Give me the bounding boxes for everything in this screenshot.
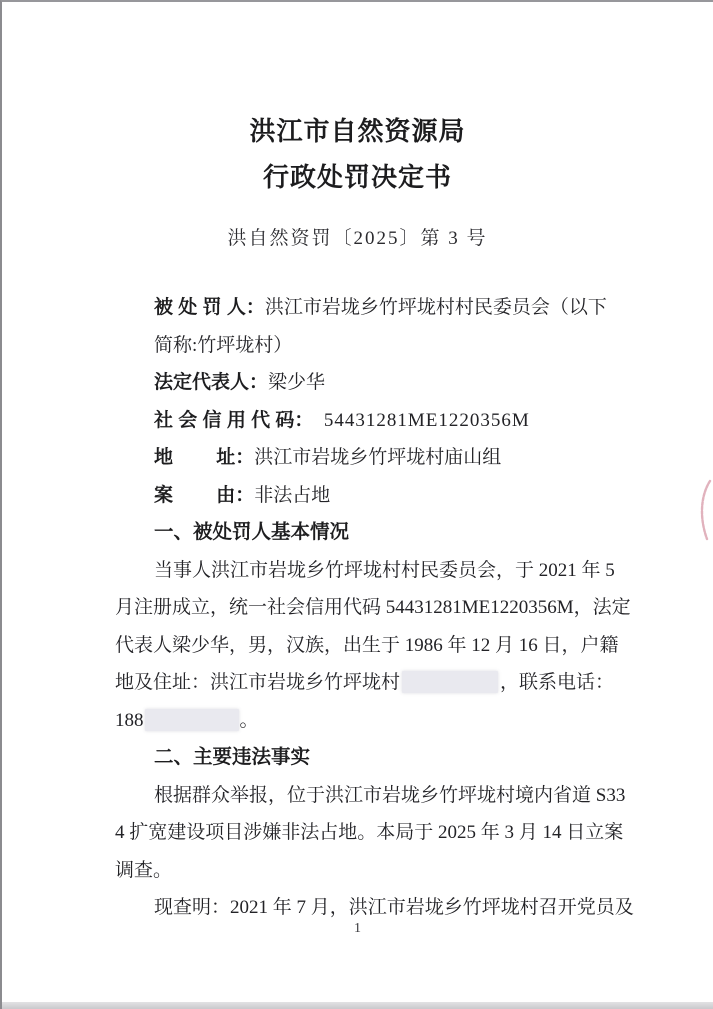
section1-heading: 一、被处罚人基本情况 bbox=[115, 514, 635, 552]
address-value: 洪江市岩垅乡竹坪垅村庙山组 bbox=[254, 447, 501, 468]
paragraph-line: 月注册成立，统一社会信用代码 54431281ME1220356M，法定 bbox=[115, 589, 635, 627]
section1-heading-text: 一、被处罚人基本情况 bbox=[154, 521, 349, 543]
section2-line3: 调查。 bbox=[115, 860, 172, 881]
section1-line4-after: ，联系电话： bbox=[500, 672, 614, 693]
scan-edge-strip bbox=[2, 1002, 713, 1009]
section1-line1: 当事人洪江市岩垅乡竹坪垅村村民委员会，于 2021 年 5 bbox=[154, 560, 615, 581]
section2-line2: 4 扩宽建设项目涉嫌非法占地。本局于 2025 年 3 月 14 日立案 bbox=[115, 822, 623, 843]
section2-line4: 现查明：2021 年 7 月，洪江市岩垅乡竹坪垅村召开党员及 bbox=[154, 897, 634, 918]
field-row-cause: 案 由：非法占地 bbox=[115, 477, 635, 515]
redaction-box-address bbox=[402, 671, 498, 693]
cause-label: 案 由： bbox=[154, 485, 254, 506]
field-row-credit-code: 社 会 信 用 代 码： 54431281ME1220356M bbox=[115, 402, 635, 440]
paragraph-line: 地及住址：洪江市岩垅乡竹坪垅村，联系电话： bbox=[115, 664, 635, 702]
section1-line5-before: 188 bbox=[115, 710, 144, 731]
paragraph-line: 调查。 bbox=[115, 852, 635, 890]
title-line-1: 洪江市自然资源局 bbox=[2, 108, 713, 154]
recipient-value-wrap: 简称:竹坪垅村） bbox=[154, 335, 292, 356]
paragraph-line: 代表人梁少华，男，汉族，出生于 1986 年 12 月 16 日，户籍 bbox=[115, 627, 635, 665]
field-row-recipient: 被 处 罚 人：洪江市岩垅乡竹坪垅村村民委员会（以下 bbox=[115, 289, 635, 327]
address-label: 地 址： bbox=[154, 447, 254, 468]
recipient-value: 洪江市岩垅乡竹坪垅村村民委员会（以下 bbox=[265, 297, 607, 318]
document-title: 洪江市自然资源局 行政处罚决定书 bbox=[2, 108, 713, 200]
title-line-2: 行政处罚决定书 bbox=[2, 154, 713, 200]
legal-rep-label: 法定代表人： bbox=[154, 372, 268, 393]
page-number: 1 bbox=[2, 921, 713, 937]
section1-line2: 月注册成立，统一社会信用代码 54431281ME1220356M，法定 bbox=[115, 597, 631, 618]
section1-line4-before: 地及住址：洪江市岩垅乡竹坪垅村 bbox=[115, 672, 400, 693]
credit-code-value: 54431281ME1220356M bbox=[304, 410, 530, 431]
redaction-box-phone bbox=[145, 709, 239, 731]
red-seal-edge-mark bbox=[696, 479, 712, 541]
paragraph-line: 188。 bbox=[115, 702, 635, 740]
paragraph-line: 当事人洪江市岩垅乡竹坪垅村村民委员会，于 2021 年 5 bbox=[115, 552, 635, 590]
section2-heading: 二、主要违法事实 bbox=[115, 739, 635, 777]
section2-heading-text: 二、主要违法事实 bbox=[154, 746, 310, 768]
field-row-address: 地 址：洪江市岩垅乡竹坪垅村庙山组 bbox=[115, 439, 635, 477]
recipient-label: 被 处 罚 人： bbox=[154, 297, 265, 318]
document-body: 被 处 罚 人：洪江市岩垅乡竹坪垅村村民委员会（以下 简称:竹坪垅村） 法定代表… bbox=[115, 289, 635, 927]
section2-line1: 根据群众举报，位于洪江市岩垅乡竹坪垅村境内省道 S33 bbox=[154, 785, 625, 806]
paragraph-line: 4 扩宽建设项目涉嫌非法占地。本局于 2025 年 3 月 14 日立案 bbox=[115, 814, 635, 852]
paragraph-line: 根据群众举报，位于洪江市岩垅乡竹坪垅村境内省道 S33 bbox=[115, 777, 635, 815]
section1-line3: 代表人梁少华，男，汉族，出生于 1986 年 12 月 16 日，户籍 bbox=[115, 635, 619, 656]
document-number: 洪自然资罚〔2025〕第 3 号 bbox=[2, 223, 713, 250]
credit-code-label: 社 会 信 用 代 码： bbox=[154, 410, 304, 431]
cause-value: 非法占地 bbox=[254, 485, 330, 506]
legal-rep-value: 梁少华 bbox=[268, 372, 325, 393]
field-row-legal-rep: 法定代表人：梁少华 bbox=[115, 364, 635, 402]
field-row-recipient-wrap: 简称:竹坪垅村） bbox=[115, 327, 635, 365]
document-page: 洪江市自然资源局 行政处罚决定书 洪自然资罚〔2025〕第 3 号 被 处 罚 … bbox=[0, 0, 713, 1009]
section1-line5-after: 。 bbox=[240, 710, 259, 731]
